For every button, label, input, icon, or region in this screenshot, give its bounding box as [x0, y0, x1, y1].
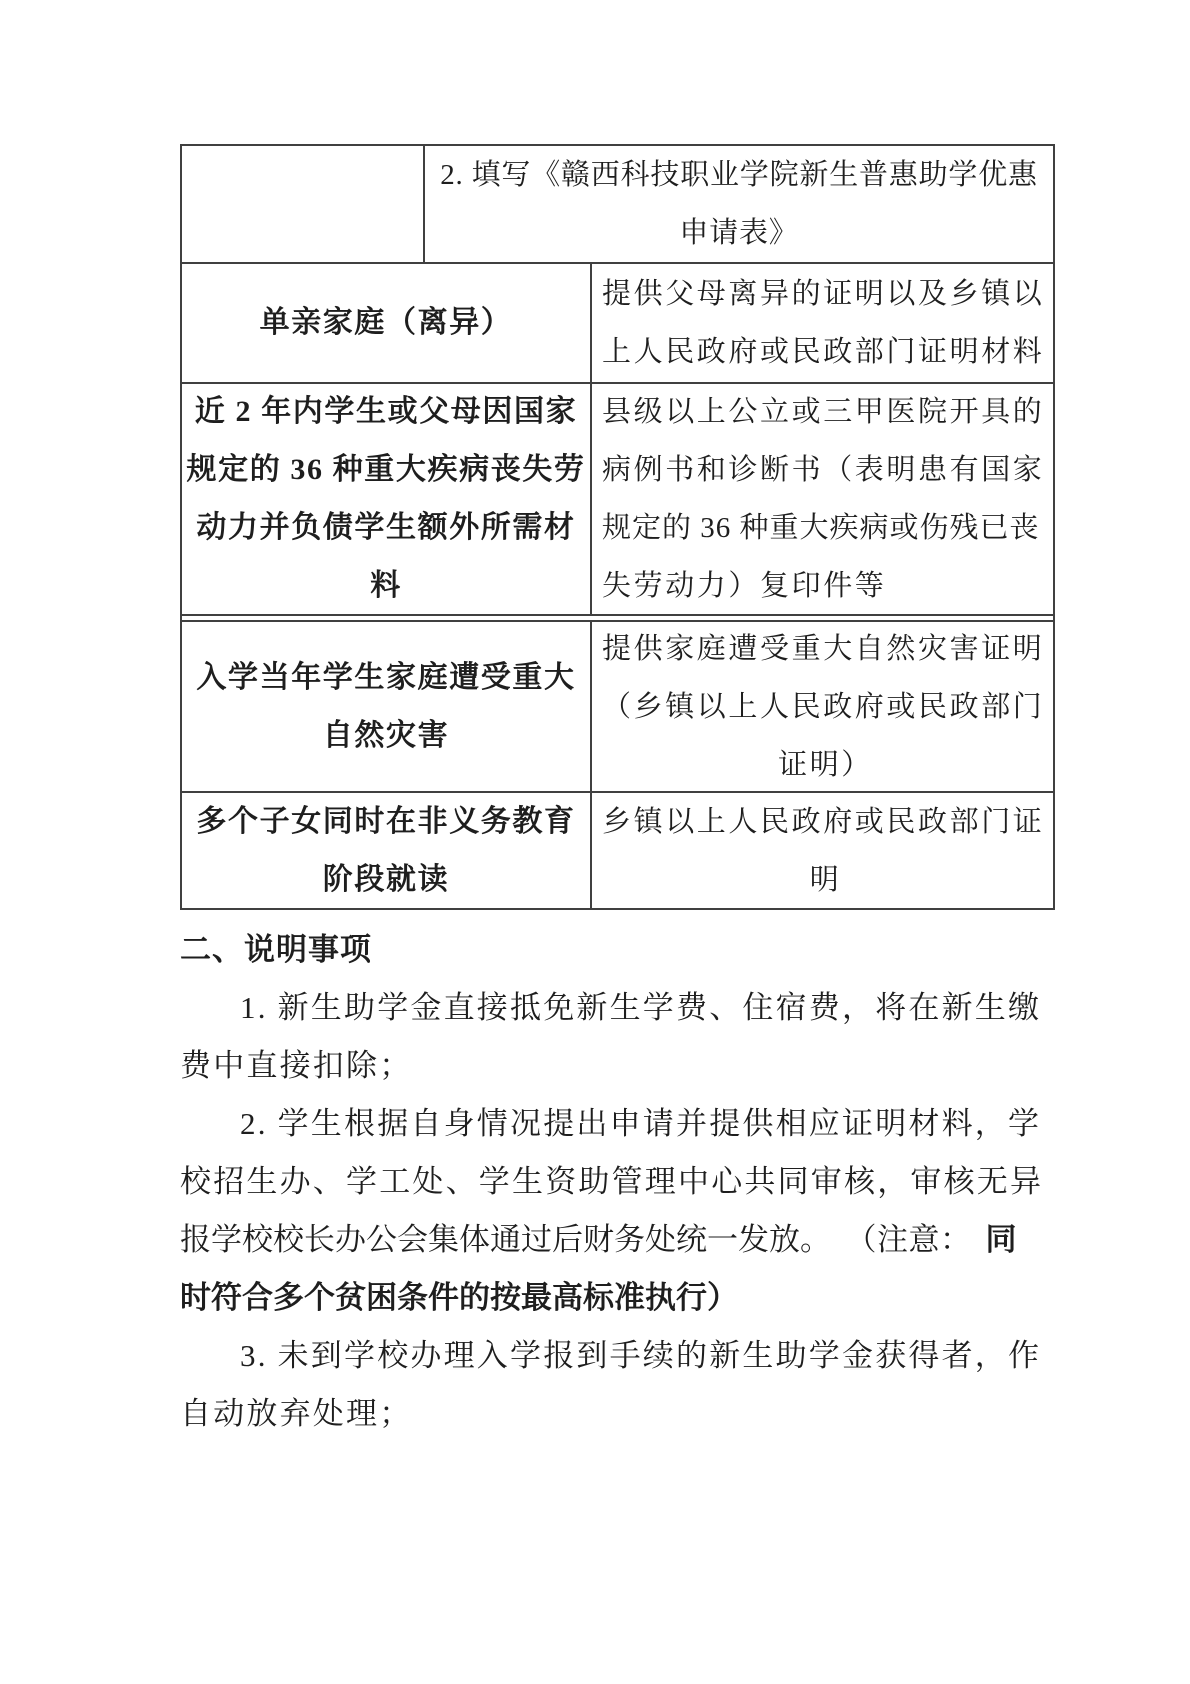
table-cell-category: 单亲家庭（离异） [182, 264, 592, 382]
text-line: 入学当年学生家庭遭受重大 [196, 649, 575, 707]
paragraph-line: 费中直接扣除； [180, 1037, 1020, 1095]
text-line: 上人民政府或民政部门证明材料 [602, 323, 1049, 381]
text-line: 提供家庭遭受重大自然灾害证明 [602, 620, 1049, 678]
text-line: 2. 填写《赣西科技职业学院新生普惠助学优惠 [429, 146, 1049, 204]
text-line: 证明） [602, 736, 1049, 794]
text-line: 动力并负债学生额外所需材 [196, 499, 575, 557]
text-line: 申请表》 [429, 204, 1049, 262]
text-line: 单亲家庭（离异） [260, 294, 513, 352]
text-line: 失劳动力）复印件等 [602, 557, 1049, 615]
table-cell-materials: 2. 填写《赣西科技职业学院新生普惠助学优惠 申请表》 [425, 146, 1053, 262]
table-cell-materials: 提供家庭遭受重大自然灾害证明 （乡镇以上人民政府或民政部门 证明） [592, 622, 1053, 791]
table-cell-category-empty [182, 146, 425, 262]
text-line: 多个子女同时在非义务教育 [196, 793, 575, 851]
text-line: 规定的 36 种重大疾病丧失劳 [187, 441, 586, 499]
section-heading: 二、说明事项 [180, 921, 1020, 979]
text-line: 县级以上公立或三甲医院开具的 [602, 383, 1049, 441]
notes-section: 二、说明事项 1. 新生助学金直接抵免新生学费、住宿费，将在新生缴 费中直接扣除… [180, 921, 1020, 1443]
paragraph-line: 自动放弃处理； [180, 1385, 1020, 1443]
paragraph-line: 3. 未到学校办理入学报到手续的新生助学金获得者，作 [180, 1327, 1020, 1385]
document-page: 2. 填写《赣西科技职业学院新生普惠助学优惠 申请表》 单亲家庭（离异） 提供父… [0, 0, 1190, 1684]
paragraph-line: 校招生办、学工处、学生资助管理中心共同审核，审核无异 [180, 1153, 1020, 1211]
table-row-major-illness: 近 2 年内学生或父母因国家 规定的 36 种重大疾病丧失劳 动力并负债学生额外… [182, 382, 1053, 614]
text-line: （乡镇以上人民政府或民政部门 [602, 678, 1049, 736]
text-line: 近 2 年内学生或父母因国家 [195, 383, 577, 441]
aid-requirements-table: 2. 填写《赣西科技职业学院新生普惠助学优惠 申请表》 单亲家庭（离异） 提供父… [180, 144, 1055, 910]
table-cell-materials: 乡镇以上人民政府或民政部门证 明 [592, 793, 1053, 908]
table-cell-category: 入学当年学生家庭遭受重大 自然灾害 [182, 622, 592, 791]
text-line: 规定的 36 种重大疾病或伤残已丧 [602, 499, 1049, 557]
paragraph-line: 2. 学生根据自身情况提出申请并提供相应证明材料，学 [180, 1095, 1020, 1153]
paragraph-line: 1. 新生助学金直接抵免新生学费、住宿费，将在新生缴 [180, 979, 1020, 1037]
table-row-natural-disaster: 入学当年学生家庭遭受重大 自然灾害 提供家庭遭受重大自然灾害证明 （乡镇以上人民… [182, 622, 1053, 791]
table-row-single-parent: 单亲家庭（离异） 提供父母离异的证明以及乡镇以 上人民政府或民政部门证明材料 [182, 262, 1053, 382]
text-line: 料 [370, 557, 402, 615]
table-cell-materials: 县级以上公立或三甲医院开具的 病例书和诊断书（表明患有国家 规定的 36 种重大… [592, 384, 1053, 614]
text-line: 提供父母离异的证明以及乡镇以 [602, 265, 1049, 323]
note-emphasis-start: 同 [986, 1222, 1017, 1257]
table-cell-category: 多个子女同时在非义务教育 阶段就读 [182, 793, 592, 908]
note-label: （注意： [861, 1222, 972, 1257]
text-line: 明 [602, 851, 1049, 909]
text-line: 阶段就读 [323, 851, 449, 909]
text-line: 自然灾害 [323, 707, 449, 765]
paragraph-line: 报学校校长办公会集体通过后财务处统一发放。（注意：同 [180, 1211, 1020, 1269]
text-line: 病例书和诊断书（表明患有国家 [602, 441, 1049, 499]
table-row-multiple-children: 多个子女同时在非义务教育 阶段就读 乡镇以上人民政府或民政部门证 明 [182, 791, 1053, 908]
paragraph-line-emphasis: 时符合多个贫困条件的按最高标准执行） [180, 1269, 1020, 1327]
table-row-application-form: 2. 填写《赣西科技职业学院新生普惠助学优惠 申请表》 [182, 146, 1053, 262]
text-line: 乡镇以上人民政府或民政部门证 [602, 793, 1049, 851]
paragraph-text: 报学校校长办公会集体通过后财务处统一发放。 [180, 1222, 831, 1257]
table-cell-materials: 提供父母离异的证明以及乡镇以 上人民政府或民政部门证明材料 [592, 264, 1053, 382]
table-cell-category: 近 2 年内学生或父母因国家 规定的 36 种重大疾病丧失劳 动力并负债学生额外… [182, 384, 592, 614]
